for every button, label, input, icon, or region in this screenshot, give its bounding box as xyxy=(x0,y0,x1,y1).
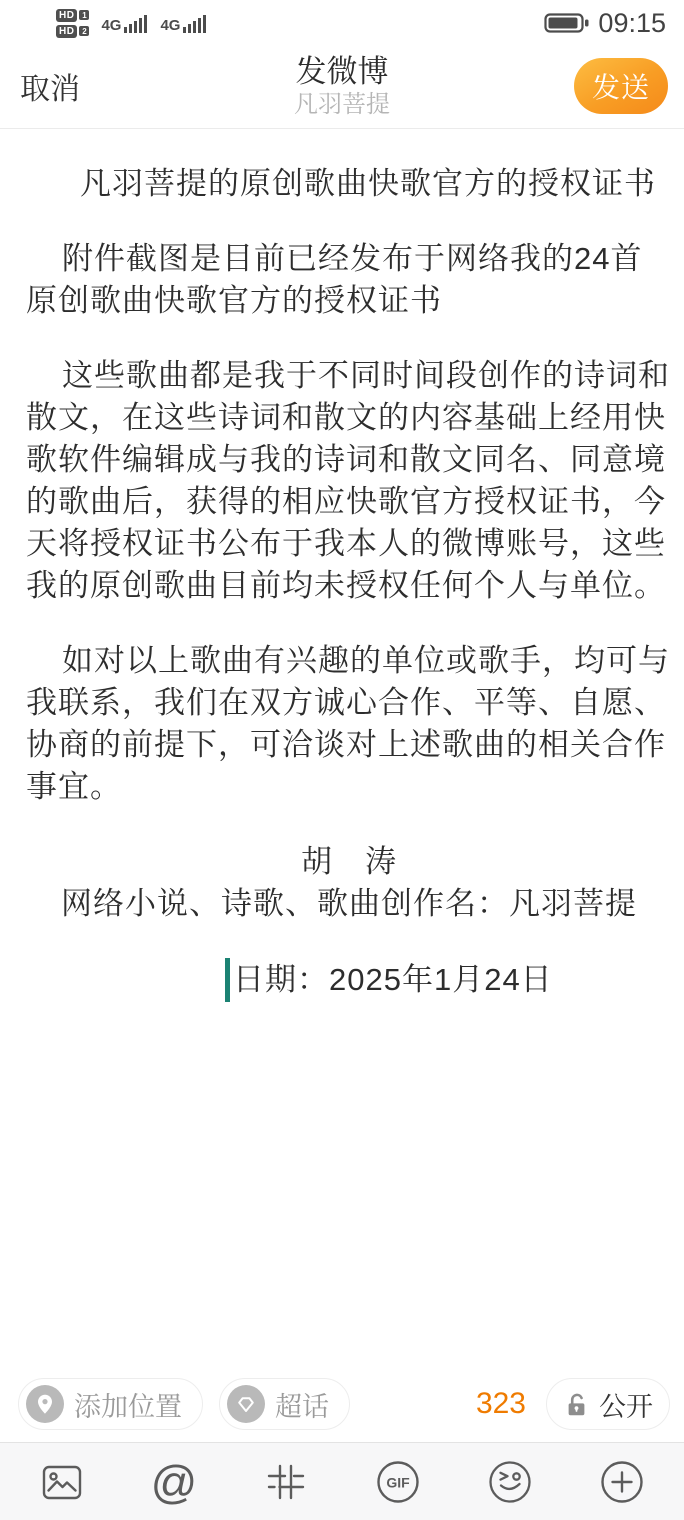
compose-text-area[interactable]: 凡羽菩提的原创歌曲快歌官方的授权证书 附件截图是目前已经发布于网络我的24首原创… xyxy=(0,129,684,1378)
mention-button[interactable]: @ xyxy=(143,1451,205,1513)
signature-name: 胡 涛 xyxy=(26,841,672,883)
gif-button[interactable]: GIF xyxy=(367,1451,429,1513)
signal-bars-icon xyxy=(124,14,148,33)
unlock-icon xyxy=(563,1391,590,1418)
signal-sim1: 4G xyxy=(101,14,148,33)
status-left: HD1 HD2 4G 4G xyxy=(56,9,207,38)
diamond-icon xyxy=(227,1385,265,1423)
cancel-button[interactable]: 取消 xyxy=(20,64,80,108)
signal-sim2: 4G xyxy=(160,14,207,33)
nav-title-group: 发微博 凡羽菩提 xyxy=(294,53,390,119)
signal-bars-icon xyxy=(183,14,207,33)
hd1-icon: HD1 xyxy=(56,9,89,22)
add-location-button[interactable]: 添加位置 xyxy=(18,1378,203,1430)
gif-icon: GIF xyxy=(375,1459,421,1505)
text-cursor xyxy=(225,958,230,1002)
post-paragraph: 这些歌曲都是我于不同时间段创作的诗词和散文，在这些诗词和散文的内容基础上经用快歌… xyxy=(26,355,672,607)
send-button[interactable]: 发送 xyxy=(574,58,668,114)
post-paragraph: 附件截图是目前已经发布于网络我的24首原创歌曲快歌官方的授权证书 xyxy=(26,238,672,322)
character-count: 323 xyxy=(476,1387,526,1421)
attachment-bar: @ GIF xyxy=(0,1442,684,1520)
signature-title: 网络小说、诗歌、歌曲创作名：凡羽菩提 xyxy=(26,883,672,925)
nav-bar: 取消 发微博 凡羽菩提 发送 xyxy=(0,44,684,129)
super-topic-button[interactable]: 超话 xyxy=(219,1378,350,1430)
hd-badges: HD1 HD2 xyxy=(56,9,89,38)
post-title-line: 凡羽菩提的原创歌曲快歌官方的授权证书 xyxy=(26,163,672,205)
status-bar: HD1 HD2 4G 4G xyxy=(0,0,684,44)
emoji-button[interactable] xyxy=(479,1451,541,1513)
location-pin-icon xyxy=(26,1385,64,1423)
page-title: 发微博 xyxy=(296,53,389,91)
add-button[interactable] xyxy=(591,1451,653,1513)
visibility-button[interactable]: 公开 xyxy=(546,1378,670,1430)
hd2-icon: HD2 xyxy=(56,25,89,38)
mention-icon: @ xyxy=(151,1459,198,1505)
weibo-compose-screen: HD1 HD2 4G 4G xyxy=(0,0,684,1520)
status-right: 09:15 xyxy=(544,8,666,39)
date-line: 日期：2025年1月24日 xyxy=(26,958,672,1002)
clock: 09:15 xyxy=(598,8,666,39)
hashtag-button[interactable] xyxy=(255,1451,317,1513)
post-paragraph: 如对以上歌曲有兴趣的单位或歌手，均可与我联系，我们在双方诚心合作、平等、自愿、协… xyxy=(26,640,672,808)
emoji-icon xyxy=(487,1459,533,1505)
svg-text:GIF: GIF xyxy=(386,1474,410,1490)
compose-toolbar: 添加位置 超话 323 公开 xyxy=(0,1378,684,1442)
battery-icon xyxy=(544,12,590,34)
toolbar-right: 323 公开 xyxy=(476,1378,670,1430)
date-text: 日期：2025年1月24日 xyxy=(233,959,553,1001)
add-icon xyxy=(599,1459,645,1505)
image-icon xyxy=(39,1459,85,1505)
image-button[interactable] xyxy=(31,1451,93,1513)
account-name: 凡羽菩提 xyxy=(294,91,390,119)
hashtag-icon xyxy=(263,1459,309,1505)
